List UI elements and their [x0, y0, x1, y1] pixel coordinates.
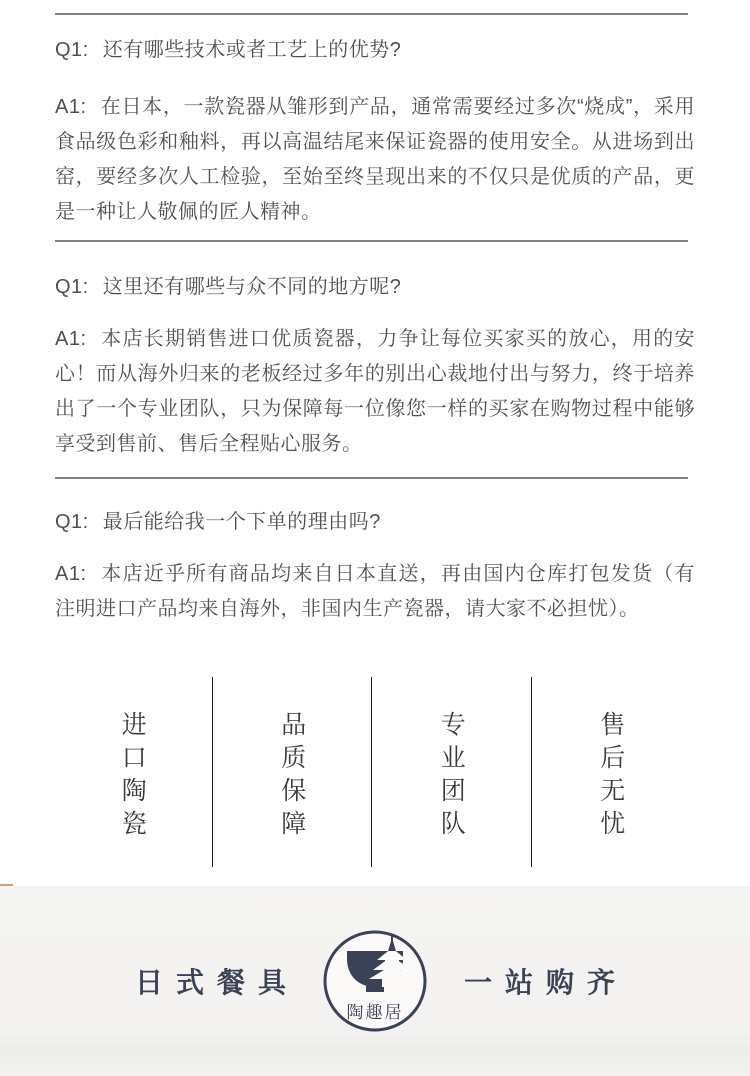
footer-left-slogan: 日式餐具	[135, 961, 299, 1001]
question-label: Q1:	[55, 39, 89, 61]
question-text: 还有哪些技术或者工艺上的优势?	[103, 39, 402, 61]
brand-footer-banner: 日式餐具 陶趣居 一站购齐	[0, 886, 750, 1076]
faq-item-3: Q1:最后能给我一个下单的理由吗? A1:本店近乎所有商品均来自日本直送，再由国…	[0, 509, 750, 627]
feature-imported-ceramics: 进口陶瓷	[53, 677, 213, 867]
answer-text: 本店近乎所有商品均来自日本直送，再由国内仓库打包发货（有注明进口产品均来自海外，…	[55, 563, 695, 620]
answer-label: A1:	[55, 328, 87, 350]
section-divider	[55, 240, 688, 242]
question-line: Q1:最后能给我一个下单的理由吗?	[55, 509, 750, 536]
question-text: 最后能给我一个下单的理由吗?	[103, 511, 381, 533]
feature-label: 进口陶瓷	[114, 677, 150, 843]
feature-column-strip: 进口陶瓷 品质保障 专业团队 售后无忧	[53, 677, 690, 867]
logo-brand-text: 陶趣居	[347, 1003, 404, 1022]
answer-text: 本店长期销售进口优质瓷器，力争让每位买家买的放心，用的安心！而从海外归来的老板经…	[55, 328, 695, 455]
feature-quality-guarantee: 品质保障	[213, 677, 373, 867]
answer-text: 在日本，一款瓷器从雏形到产品，通常需要经过多次“烧成”，采用食品级色彩和釉料，再…	[55, 96, 695, 223]
faq-item-2: Q1:这里还有哪些与众不同的地方呢? A1:本店长期销售进口优质瓷器，力争让每位…	[0, 274, 750, 462]
question-label: Q1:	[55, 511, 89, 533]
section-divider	[55, 13, 688, 15]
answer-paragraph: A1:在日本，一款瓷器从雏形到产品，通常需要经过多次“烧成”，采用食品级色彩和釉…	[55, 90, 695, 230]
feature-label: 品质保障	[274, 677, 310, 843]
bowl-pagoda-logo-icon: 陶趣居	[322, 929, 428, 1033]
footer-right-slogan: 一站购齐	[464, 961, 628, 1001]
question-text: 这里还有哪些与众不同的地方呢?	[103, 276, 402, 298]
faq-item-1: Q1:还有哪些技术或者工艺上的优势? A1:在日本，一款瓷器从雏形到产品，通常需…	[0, 37, 750, 230]
feature-professional-team: 专业团队	[372, 677, 532, 867]
feature-label: 专业团队	[433, 677, 469, 843]
question-label: Q1:	[55, 276, 89, 298]
answer-label: A1:	[55, 96, 87, 118]
section-divider	[55, 477, 688, 479]
question-line: Q1:还有哪些技术或者工艺上的优势?	[55, 37, 750, 64]
product-detail-faq-page: Q1:还有哪些技术或者工艺上的优势? A1:在日本，一款瓷器从雏形到产品，通常需…	[0, 0, 750, 1076]
answer-paragraph: A1:本店长期销售进口优质瓷器，力争让每位买家买的放心，用的安心！而从海外归来的…	[55, 322, 695, 462]
question-line: Q1:这里还有哪些与众不同的地方呢?	[55, 274, 750, 301]
answer-label: A1:	[55, 563, 87, 585]
feature-label: 售后无忧	[593, 677, 629, 843]
answer-paragraph: A1:本店近乎所有商品均来自日本直送，再由国内仓库打包发货（有注明进口产品均来自…	[55, 557, 695, 627]
feature-worryfree-aftersales: 售后无忧	[532, 677, 691, 867]
